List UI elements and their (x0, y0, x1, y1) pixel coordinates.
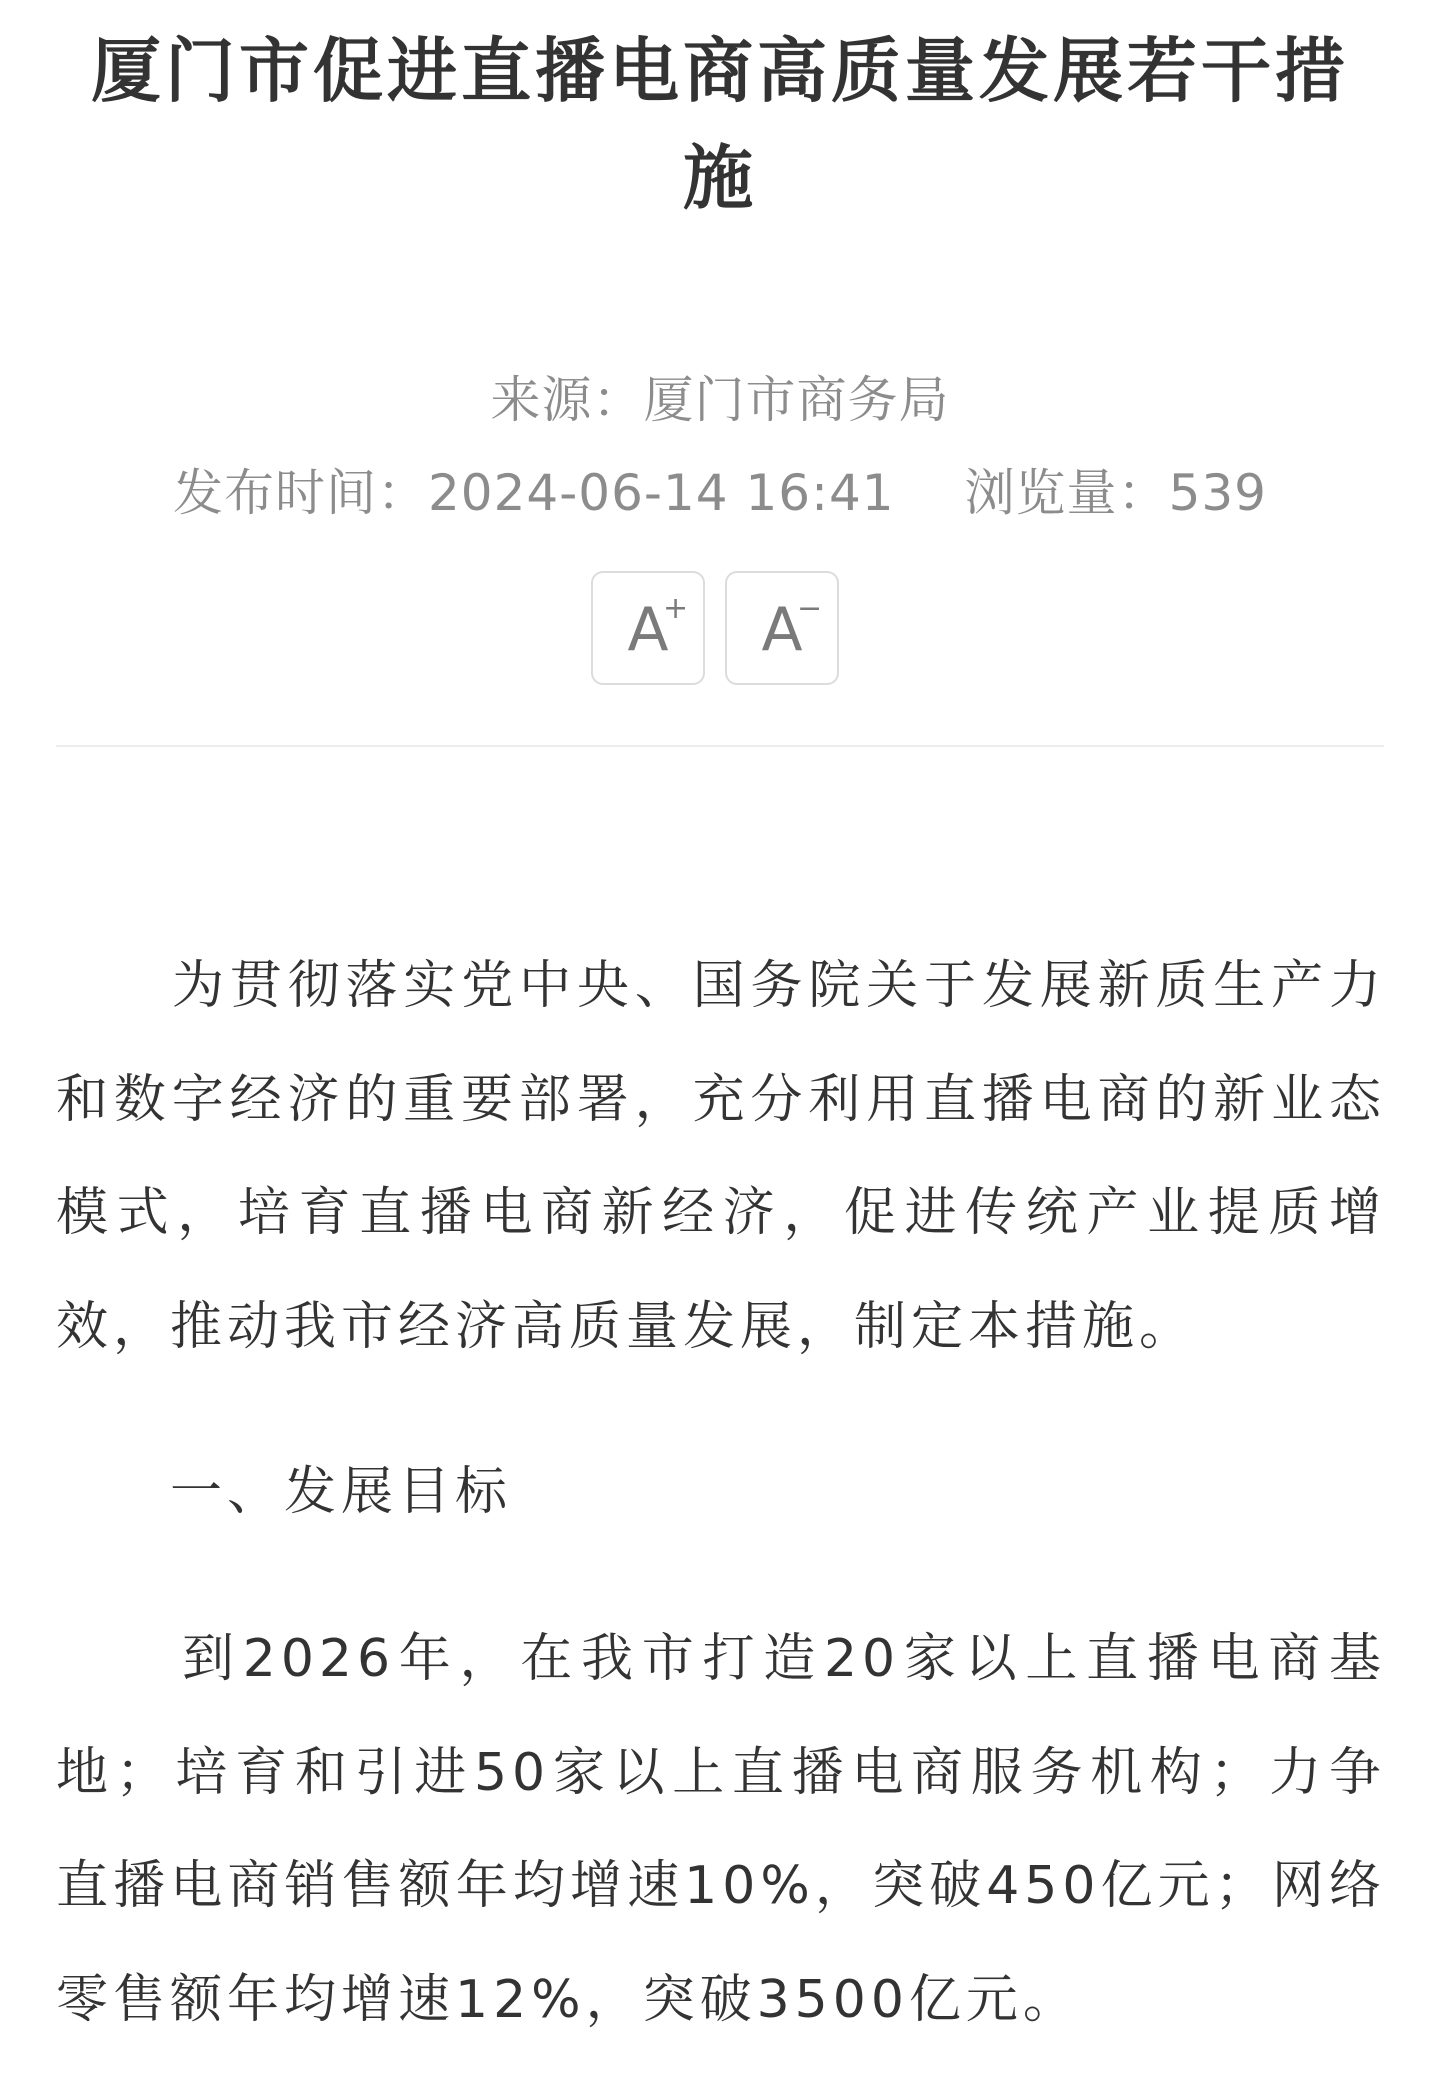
view-count-label: 浏览量： (965, 464, 1169, 522)
source-value: 厦门市商务局 (644, 371, 950, 429)
intro-paragraph: 为贯彻落实党中央、国务院关于发展新质生产力和数字经济的重要部署，充分利用直播电商… (56, 930, 1386, 1384)
article-meta-line: 发布时间：2024-06-14 16:41浏览量：539 (0, 463, 1440, 523)
source-label: 来源： (491, 371, 644, 429)
decrease-font-button[interactable]: A − (725, 571, 839, 685)
section-heading-development-goals: 一、发展目标 (56, 1436, 1386, 1550)
publish-time-value: 2024-06-14 16:41 (428, 464, 895, 522)
header-divider (56, 745, 1384, 747)
plus-icon: + (663, 591, 688, 626)
article-source: 来源：厦门市商务局 (0, 370, 1440, 430)
publish-time-label: 发布时间： (173, 464, 428, 522)
font-size-controls: A + A − (591, 571, 839, 685)
increase-font-button[interactable]: A + (591, 571, 705, 685)
view-count-value: 539 (1169, 464, 1267, 522)
development-goals-paragraph: 到2026年，在我市打造20家以上直播电商基地；培育和引进50家以上直播电商服务… (56, 1603, 1386, 2057)
minus-icon: − (797, 591, 822, 626)
article-title: 厦门市促进直播电商高质量发展若干措施 (70, 18, 1370, 232)
